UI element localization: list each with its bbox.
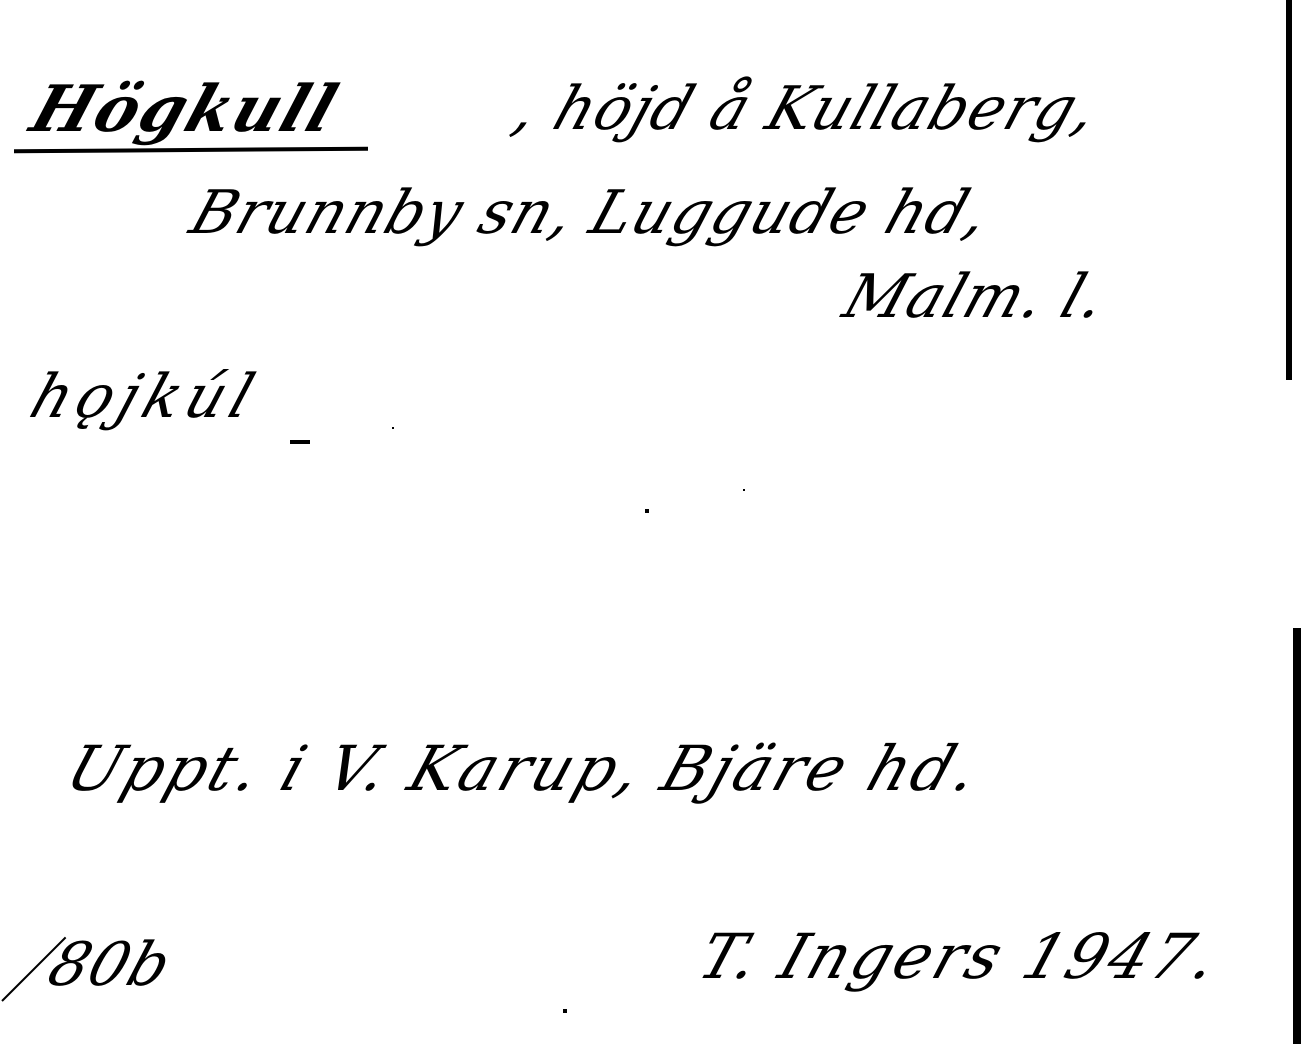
definition-line-3: Malm. l. — [835, 262, 1115, 332]
definition-line-2: Brunnby sn, Luggude hd, — [182, 178, 998, 248]
definition-line-1: , höjd å Kullaberg, — [505, 74, 1107, 144]
stray-mark — [563, 1009, 567, 1013]
headword-underline — [14, 147, 368, 153]
headword: Högkull — [22, 72, 348, 147]
record-card: Högkull , höjd å Kullaberg, Brunnby sn, … — [0, 0, 1305, 1044]
stray-mark — [743, 489, 745, 491]
phonetic-form: hǫjkúl — [22, 362, 268, 432]
recording-location: Uppt. i V. Karup, Bjäre hd. — [58, 732, 991, 805]
stray-mark — [392, 427, 394, 429]
phonetic-length-mark — [290, 440, 310, 444]
card-edge-top — [1286, 0, 1292, 380]
card-edge-bottom — [1293, 628, 1301, 1044]
card-number: 80b — [40, 930, 181, 1000]
stray-mark — [645, 509, 649, 513]
recorder-and-year: T. Ingers 1947. — [690, 920, 1230, 993]
